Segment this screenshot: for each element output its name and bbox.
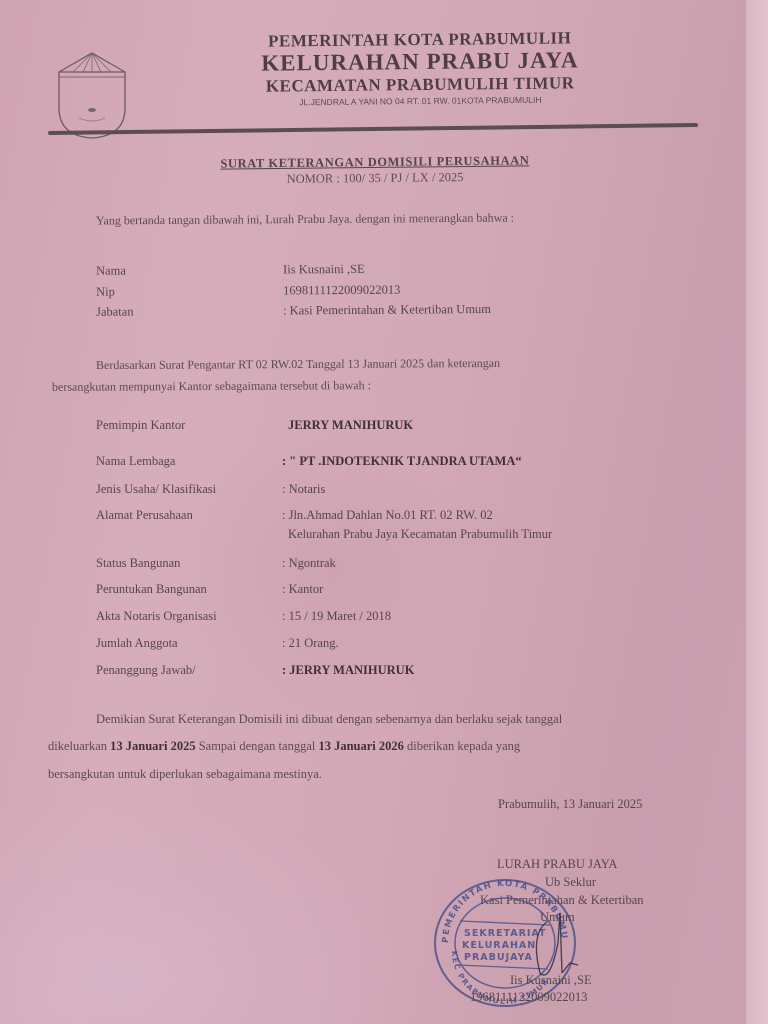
paper-shadow (0, 800, 420, 1024)
closing-text: diberikan kepada yang (404, 739, 520, 753)
company-value: : JERRY MANIHURUK (282, 663, 414, 678)
basis-line-2: bersangkutan mempunyai Kantor sebagaiman… (52, 378, 371, 395)
company-value: : " PT .INDOTEKNIK TJANDRA UTAMA“ (282, 454, 522, 469)
place-date: Prabumulih, 13 Januari 2025 (498, 797, 642, 812)
letterhead-divider (48, 123, 698, 135)
company-value: : Kantor (282, 582, 323, 597)
company-value: : Notaris (282, 482, 325, 497)
stamp-inner-line: KELURAHAN (462, 940, 536, 951)
company-value-line-2: Kelurahan Prabu Jaya Kecamatan Prabumuli… (288, 527, 552, 542)
valid-until-date: 13 Januari 2026 (318, 739, 403, 753)
city-crest-icon (53, 50, 131, 140)
signer-row: Jabatan : Kasi Pemerintahan & Ketertiban… (96, 301, 596, 304)
company-value: : 21 Orang. (282, 636, 339, 651)
stamp-inner-line: PRABUJAYA (464, 952, 533, 963)
company-label: Nama Lembaga (96, 454, 175, 469)
intro-text: Yang bertanda tangan dibawah ini, Lurah … (96, 211, 514, 229)
document-number: NOMOR : 100/ 35 / PJ / LX / 2025 (180, 169, 570, 188)
company-value: : Jln.Ahmad Dahlan No.01 RT. 02 RW. 02 (282, 508, 493, 523)
letterhead: PEMERINTAH KOTA PRABUMULIH KELURAHAN PRA… (200, 28, 641, 109)
closing-text: Sampai dengan tanggal (196, 739, 319, 753)
basis-line-1: Berdasarkan Surat Pengantar RT 02 RW.02 … (96, 356, 500, 373)
company-label: Alamat Perusahaan (96, 508, 193, 523)
signer-row: Nama Iis Kusnaini ,SE (96, 260, 596, 263)
company-label: Status Bangunan (96, 556, 180, 571)
paper-edge (746, 0, 768, 1024)
valid-from-date: 13 Januari 2025 (110, 739, 195, 753)
company-label: Jenis Usaha/ Klasifikasi (96, 482, 216, 497)
company-value: : 15 / 19 Maret / 2018 (282, 609, 391, 624)
company-label: Penanggung Jawab/ (96, 663, 196, 678)
signer-value: : Kasi Pemerintahan & Ketertiban Umum (283, 302, 491, 318)
company-label: Jumlah Anggota (96, 636, 178, 651)
signer-label: Jabatan (96, 304, 134, 319)
company-label: Pemimpin Kantor (96, 418, 185, 433)
closing-text: dikeluarkan (48, 739, 110, 753)
signer-label: Nama (96, 264, 126, 279)
signer-name: Iis Kusnaini ,SE (510, 973, 592, 988)
company-label: Peruntukan Bangunan (96, 582, 207, 597)
signer-row: Nip 169811112200902201​3 (96, 281, 596, 284)
closing-line-2: dikeluarkan 13 Januari 2025 Sampai denga… (48, 739, 520, 754)
stamp-inner-line: SEKRETARIAT (464, 928, 547, 939)
signer-value: 169811112200902201​3 (283, 283, 400, 299)
document-title-block: SURAT KETERANGAN DOMISILI PERUSAHAAN NOM… (180, 153, 570, 188)
signer-label: Nip (96, 285, 115, 300)
closing-line-3: bersangkutan untuk diperlukan sebagaiman… (48, 767, 322, 782)
company-value: JERRY MANIHURUK (288, 418, 413, 433)
company-label: Akta Notaris Organisasi (96, 609, 217, 624)
signer-nip: 196811112200902201​3 (470, 990, 587, 1005)
signer-value: Iis Kusnaini ,SE (283, 262, 365, 278)
company-value: : Ngontrak (282, 556, 336, 571)
closing-line-1: Demikian Surat Keterangan Domisili ini d… (96, 712, 562, 727)
signature-office: LURAH PRABU JAYA (497, 857, 617, 872)
